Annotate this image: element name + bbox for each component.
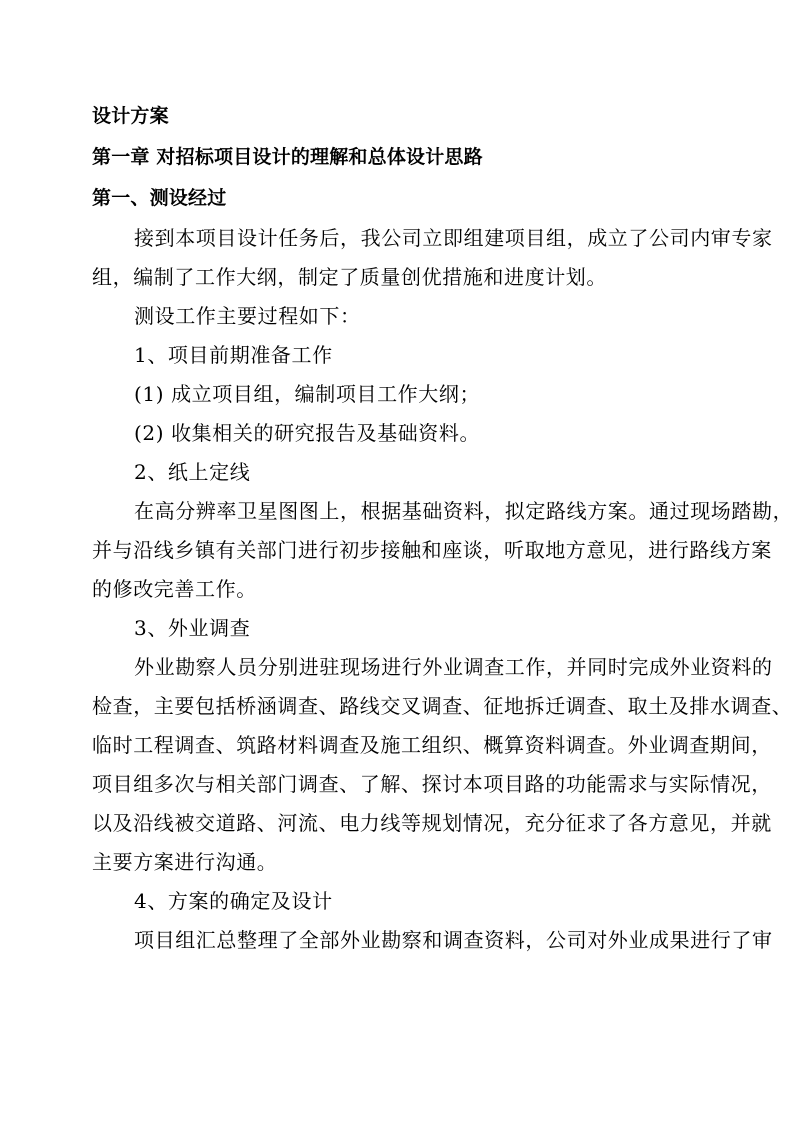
subheading-1: 1、项目前期准备工作	[92, 336, 704, 375]
paragraph-line: 的修改完善工作。	[92, 570, 704, 609]
list-item: (2) 收集相关的研究报告及基础资料。	[92, 414, 704, 453]
section-heading: 第一、测设经过	[92, 178, 704, 219]
paragraph-line: 主要方案进行沟通。	[92, 843, 704, 882]
paragraph-line: 接到本项目设计任务后，我公司立即组建项目组，成立了公司内审专家	[92, 219, 704, 258]
paragraph-line: 以及沿线被交道路、河流、电力线等规划情况，充分征求了各方意见，并就	[92, 804, 704, 843]
subheading-2: 2、纸上定线	[92, 453, 704, 492]
subheading-3: 3、外业调查	[92, 609, 704, 648]
paragraph-line: 测设工作主要过程如下：	[92, 297, 704, 336]
paragraph-line: 检查，主要包括桥涵调查、路线交叉调查、征地拆迁调查、取土及排水调查、	[92, 687, 704, 726]
document-page: 设计方案 第一章 对招标项目设计的理解和总体设计思路 第一、测设经过 接到本项目…	[92, 96, 704, 960]
paragraph-line: 组，编制了工作大纲，制定了质量创优措施和进度计划。	[92, 258, 704, 297]
paragraph-line: 并与沿线乡镇有关部门进行初步接触和座谈，听取地方意见，进行路线方案	[92, 531, 704, 570]
paragraph-line: 临时工程调查、筑路材料调查及施工组织、概算资料调查。外业调查期间，	[92, 726, 704, 765]
list-item: (1) 成立项目组，编制项目工作大纲；	[92, 375, 704, 414]
paragraph-line: 在高分辨率卫星图图上，根据基础资料，拟定路线方案。通过现场踏勘，	[92, 492, 704, 531]
subheading-4: 4、方案的确定及设计	[92, 882, 704, 921]
document-title: 设计方案	[92, 96, 704, 137]
paragraph-line: 项目组多次与相关部门调查、了解、探讨本项目路的功能需求与实际情况，	[92, 765, 704, 804]
chapter-heading: 第一章 对招标项目设计的理解和总体设计思路	[92, 137, 704, 178]
paragraph-line: 外业勘察人员分别进驻现场进行外业调查工作，并同时完成外业资料的	[92, 648, 704, 687]
paragraph-line: 项目组汇总整理了全部外业勘察和调查资料，公司对外业成果进行了审	[92, 921, 704, 960]
